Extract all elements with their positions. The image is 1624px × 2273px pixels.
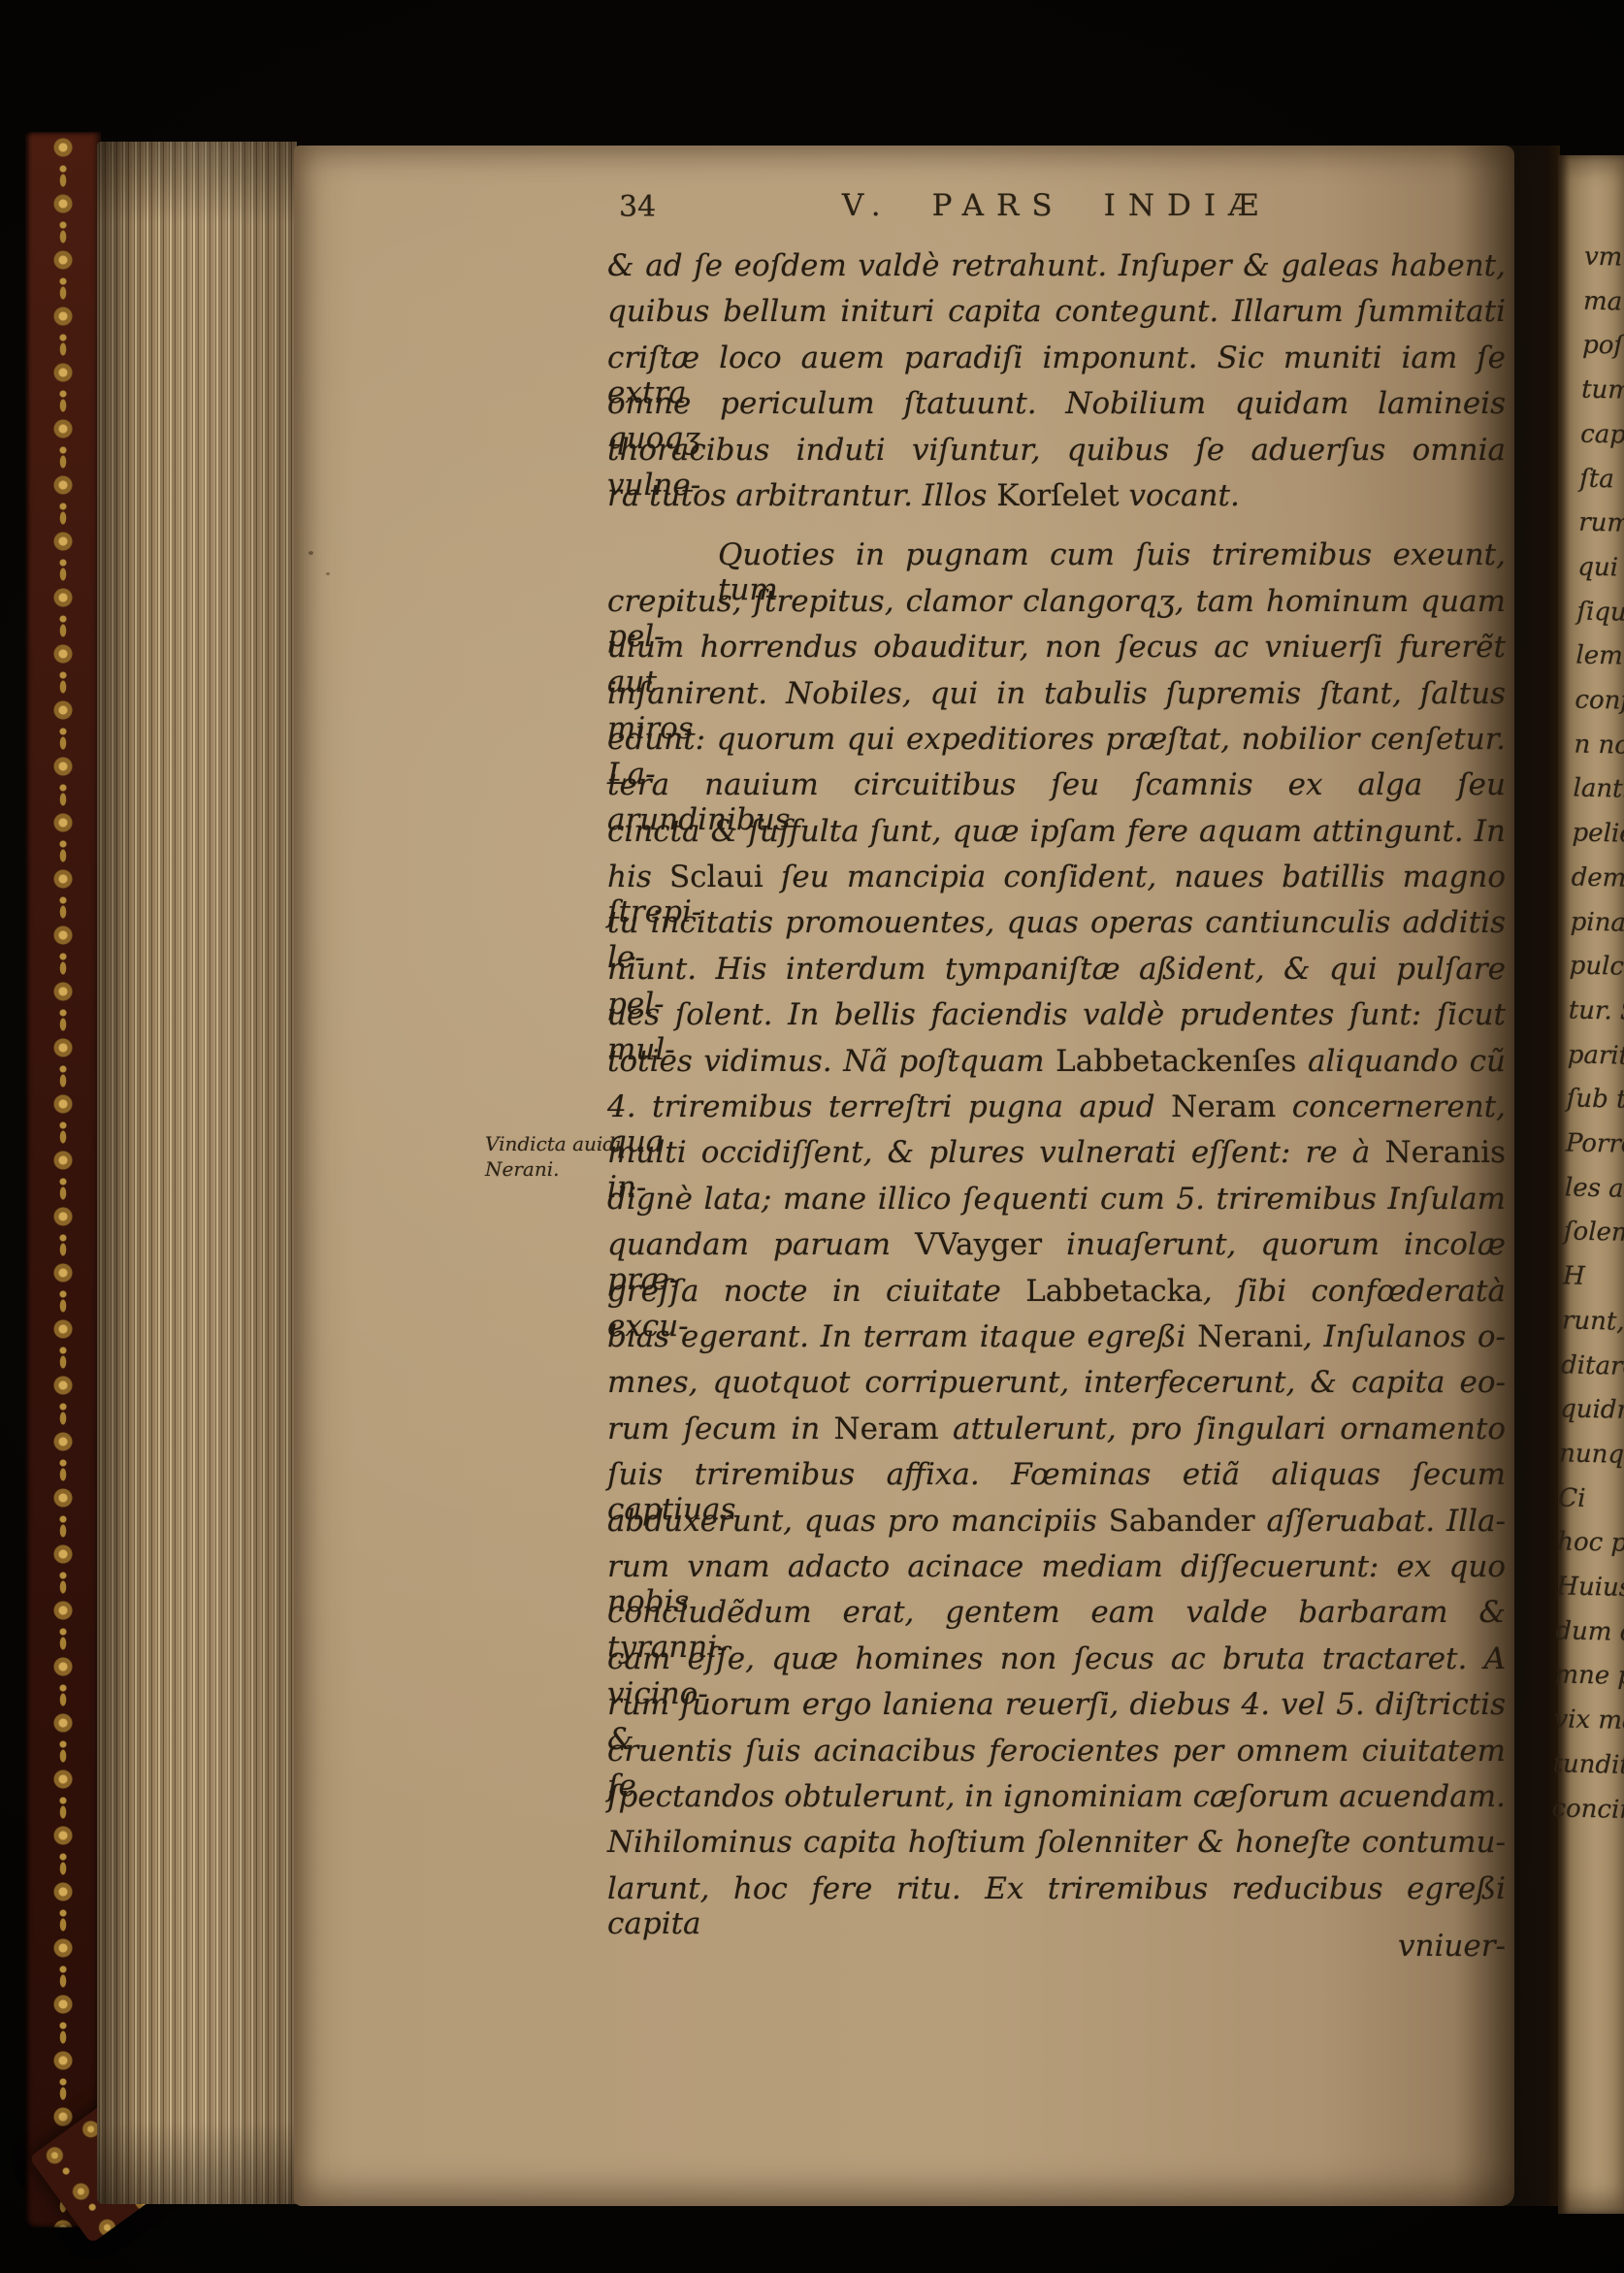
text-line: uium horrendus obauditur, non ſecus ac v… [607,630,1506,675]
roman-text-segment: Sclaui [669,860,763,894]
text-line: bias egerant. In terram itaque egreßi Ne… [607,1319,1506,1365]
text-line: rum ſecum in Neram attulerunt, pro ſingu… [607,1412,1506,1457]
italic-text-segment: attulerunt, pro ſingulari ornamento [939,1412,1506,1446]
margin-note-line: Nerani. [485,1156,644,1182]
text-line: omne periculum ſtatuunt. Nobilium quidam… [607,386,1506,432]
text-line: ra tutos arbitrantur. Illos Korſelet voc… [607,478,1506,524]
next-page-text-fragment: capi [1580,419,1624,449]
next-page-text-fragment: qui [1577,552,1618,582]
text-line: toties vidimus. Nã poſtquam Labbetackenſ… [607,1044,1506,1089]
italic-text-segment: quandam paruam [607,1227,915,1262]
text-line: cam eſſe, quæ homines non ſecus ac bruta… [607,1641,1506,1687]
text-line: larunt, hoc fere ritu. Ex triremibus red… [607,1871,1506,1917]
italic-text-segment: toties vidimus. Nã poſtquam [607,1044,1056,1079]
text-line: quibus bellum inituri capita contegunt. … [607,294,1506,340]
roman-text-segment: Sabander [1109,1504,1255,1539]
next-page-text-fragment: vix man [1553,1705,1624,1736]
roman-text-segment: Neram [834,1412,939,1446]
text-line: multi occidiſſent, & plures vulnerati eſ… [607,1135,1506,1181]
next-page-text-fragment: tur. S [1568,995,1624,1025]
roman-text-segment: Korſelet [996,478,1119,513]
next-page-text-fragment: H [1563,1262,1585,1291]
book-scan-stage: 34 V. PARS INDIÆ & ad ſe eoſdem valdè re… [0,0,1624,2273]
next-page-text-fragment: conſi [1575,686,1624,716]
next-page-text-fragment: les adu [1565,1173,1624,1204]
italic-text-segment: ſpectandos obtulerunt, in ignominiam cæſ… [607,1779,1506,1814]
roman-text-segment: VVayger [915,1227,1042,1262]
next-page-text-fragment: vm [1584,243,1623,273]
text-line: Quoties in pugnam cum ſuis triremibus ex… [607,537,1506,583]
text-line: ues ſolent. In bellis faciendis valdè pr… [607,997,1506,1043]
next-page-text-fragment: pulch [1569,952,1624,983]
italic-text-segment: bias egerant. In terram itaque egreßi [607,1319,1197,1354]
text-line: rum vnam adacto acinace mediam diſſecuer… [607,1549,1506,1595]
italic-text-segment: dignè lata; mane illico ſequenti cum 5. … [607,1182,1506,1217]
next-page-text-fragment: ſolemp [1564,1218,1624,1249]
text-line: niunt. His interdum tympaniſtæ aßident, … [607,952,1506,997]
italic-text-segment: greſſa nocte in ciuitate [607,1274,1025,1309]
italic-text-segment: quibus bellum inituri capita contegunt. … [607,294,1506,329]
next-page-text-fragment: n no [1574,730,1624,760]
italic-text-segment: abduxerunt, quas pro mancipiis [607,1504,1109,1539]
paper-speck [326,572,330,575]
roman-text-segment: Labbetackenſes [1056,1044,1296,1079]
text-line: criſtæ loco auem paradiſi imponunt. Sic … [607,341,1506,386]
next-page-text-fragment: dum cor [1555,1616,1624,1647]
text-line: thoracibus induti viſuntur, quibus ſe ad… [607,433,1506,478]
next-page-text-fragment: poſu [1582,331,1624,361]
next-page-text-fragment: hoc pact [1557,1528,1624,1559]
text-line: concludẽdum erat, gentem eam valde barba… [607,1595,1506,1640]
italic-text-segment: his [607,860,669,894]
text-line: dignè lata; mane illico ſequenti cum 5. … [607,1182,1506,1227]
italic-text-segment: rum ſecum in [607,1412,834,1446]
roman-text-segment: Neram [1171,1089,1276,1124]
text-line: abduxerunt, quas pro mancipiis Sabander … [607,1504,1506,1549]
roman-text-segment: Labbetacka [1025,1274,1203,1309]
next-page-text-fragment: rum [1578,508,1624,538]
text-line: greſſa nocte in ciuitate Labbetacka, ſib… [607,1274,1506,1319]
next-page-text-fragment: ma [1583,286,1623,316]
italic-text-segment: Nihilominus capita hoſtium ſolenniter & … [607,1825,1506,1860]
text-line: cruentis ſuis acinacibus ferocientes per… [607,1734,1506,1779]
next-page-text-fragment: dem ſ [1571,862,1624,893]
margin-note-line: Vindicta auidi [485,1131,644,1156]
text-line: mnes, quotquot corripuerunt, interfeceru… [607,1365,1506,1411]
text-line: crepitus, ſtrepitus, clamor clangorqʒ, t… [607,584,1506,630]
next-page-sliver: vmmapoſutumcapiſtarumquiſiqulemconſin no… [1558,155,1624,2214]
next-page-text-fragment: ditaren [1561,1350,1624,1381]
italic-text-segment: cincta & ſuffulta ſunt, quæ ipſam fere a… [607,814,1506,849]
next-page-text-fragment: runt, a [1562,1306,1624,1337]
italic-text-segment: ra tutos arbitrantur. Illos [607,478,996,513]
next-page-text-fragment: lanti [1573,774,1624,804]
next-page-text-fragment: tum [1581,375,1624,406]
margin-note: Vindicta auidi Nerani. [485,1131,644,1182]
italic-text-segment: vocant. [1120,478,1240,513]
italic-text-segment: 4. triremibus terreſtri pugna apud [607,1089,1171,1124]
next-page-text-fragment: nunqua [1559,1439,1624,1470]
next-page-text-fragment: parite [1567,1040,1624,1071]
next-page-text-fragment: mne pedi [1554,1661,1624,1693]
text-line: 4. triremibus terreſtri pugna apud Neram… [607,1089,1506,1135]
italic-text-segment: & ad ſe eoſdem valdè retrahunt. Inſuper … [607,248,1506,283]
text-line: inſanirent. Nobiles, qui in tabulis ſupr… [607,676,1506,722]
italic-text-segment: mnes, quotquot corripuerunt, interfeceru… [607,1365,1506,1400]
text-line: tera nauium circuitibus ſeu ſcamnis ex a… [607,767,1506,813]
next-page-text-fragment: ſub tu [1567,1085,1624,1116]
next-page-text-fragment: lem [1575,641,1623,671]
next-page-text-fragment: ſiqu [1576,597,1624,627]
next-page-text-fragment: concinna [1551,1794,1624,1825]
text-line: Nihilominus capita hoſtium ſolenniter & … [607,1825,1506,1870]
text-line: quandam paruam VVayger inuaſerunt, quoru… [607,1227,1506,1273]
text-line: ſpectandos obtulerunt, in ignominiam cæſ… [607,1779,1506,1825]
paper-speck [309,551,313,555]
page-stack-fore-edge [97,142,297,2204]
text-line: ſuis triremibus affixa. Fœminas etiã ali… [607,1457,1506,1503]
text-line: tu incitatis promouentes, quas operas ca… [607,905,1506,951]
main-text-block: & ad ſe eoſdem valdè retrahunt. Inſuper … [607,248,1506,1917]
text-line: cincta & ſuffulta ſunt, quæ ipſam fere a… [607,814,1506,860]
text-line: & ad ſe eoſdem valdè retrahunt. Inſuper … [607,248,1506,294]
text-line: his Sclaui ſeu mancipia conſident, naues… [607,860,1506,905]
roman-text-segment: Nerani [1197,1319,1303,1354]
next-page-text-fragment: Porro [1566,1128,1624,1159]
next-page-text-fragment: Huius r [1556,1572,1624,1603]
next-page-text-fragment: quidna [1560,1395,1624,1426]
next-page-text-fragment: Ci [1558,1483,1586,1513]
next-page-text-fragment: pina [1570,907,1624,937]
text-line: rum ſuorum ergo laniena reuerſi, diebus … [607,1687,1506,1733]
text-line: edunt: quorum qui expeditiores præſtat, … [607,722,1506,767]
italic-text-segment: multi occidiſſent, & plures vulnerati eſ… [607,1135,1384,1170]
next-page-text-fragment: pelien [1572,819,1624,850]
book-binding-gilt-edge [25,132,101,2227]
next-page-text-fragment: ſta [1579,464,1614,494]
running-header: V. PARS INDIÆ [607,188,1506,223]
next-page-text-fragment: tundit at [1552,1749,1624,1780]
